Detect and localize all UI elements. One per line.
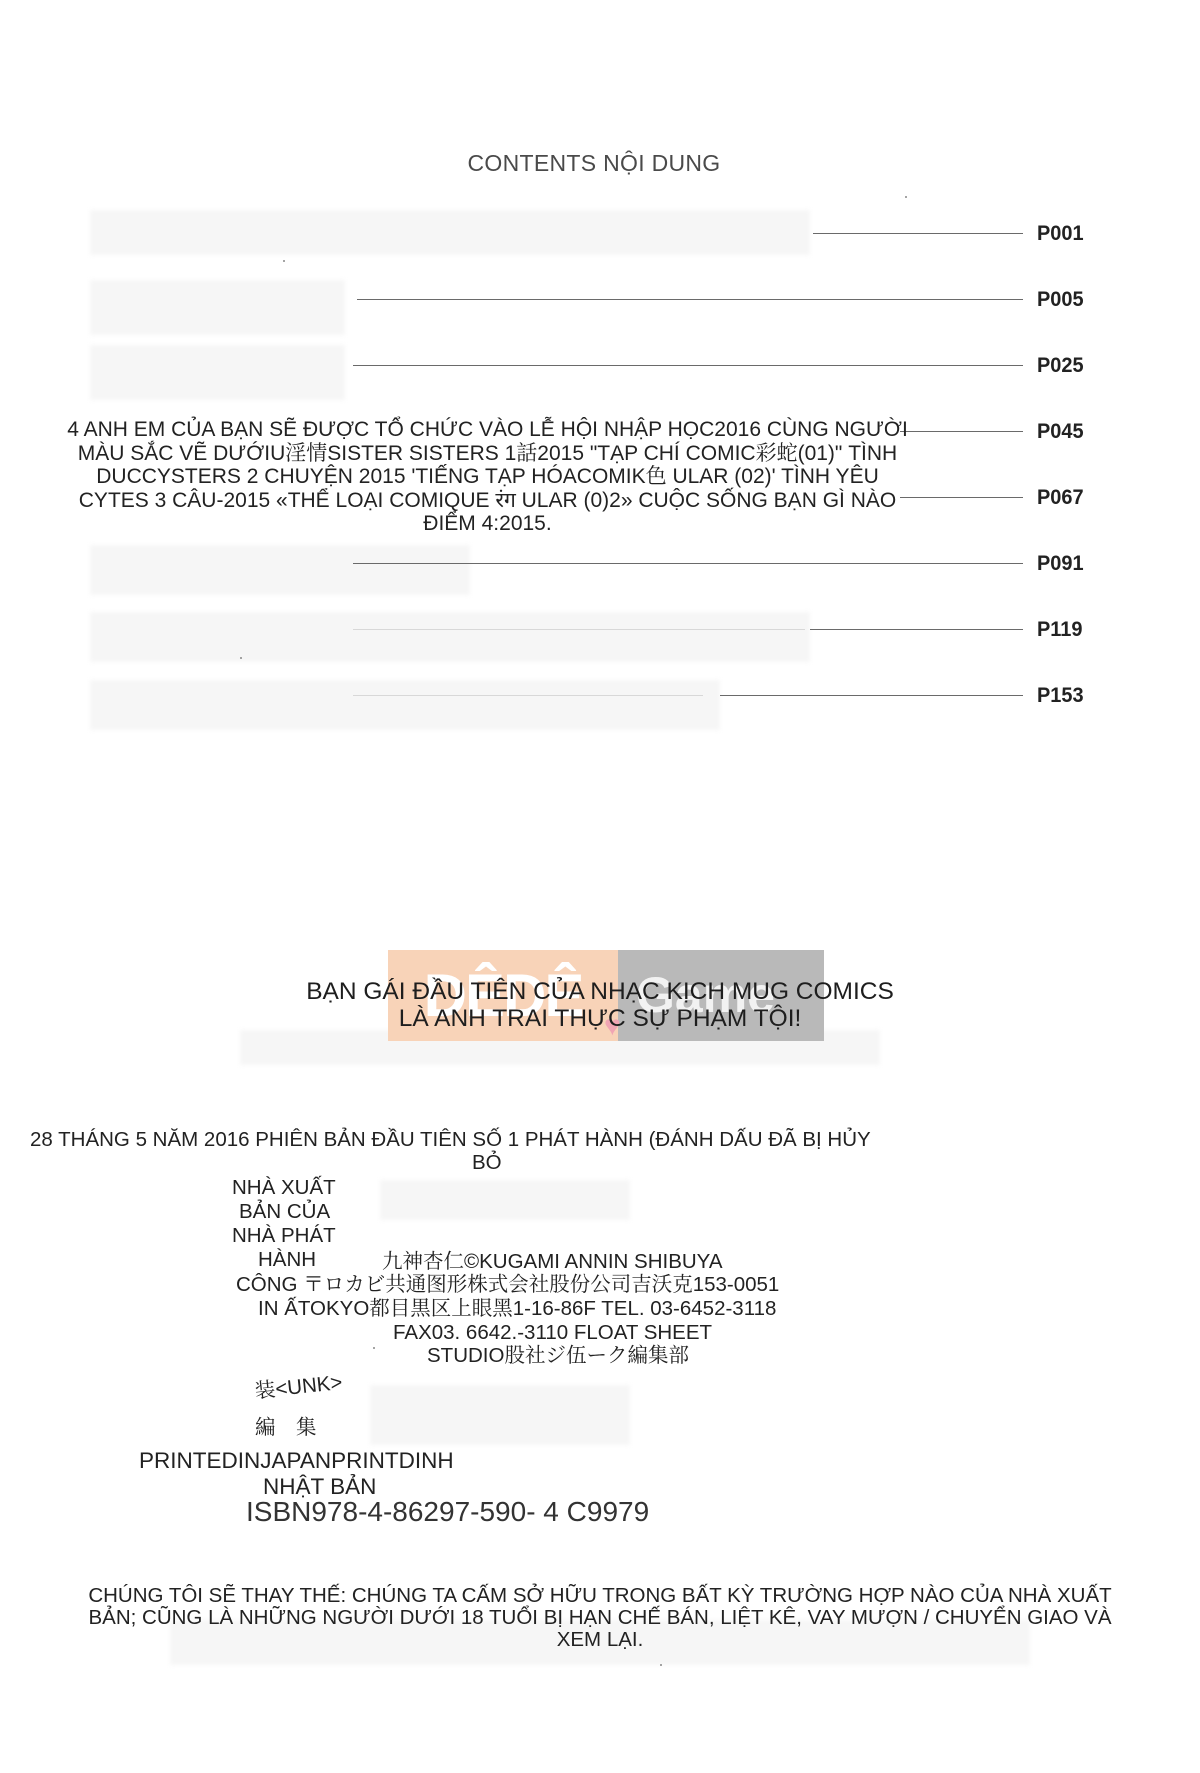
editing-label: 編 集 (255, 1416, 317, 1439)
publisher-label: NHÀ PHÁT (232, 1224, 336, 1247)
ghost-block (90, 210, 810, 255)
scan-speck (283, 260, 285, 262)
toc-page-number[interactable]: P067 (1037, 486, 1084, 510)
ghost-block (370, 1385, 630, 1445)
toc-text-line: 4 ANH EM CỦA BẠN SẼ ĐƯỢC TỔ CHỨC VÀO LỄ … (0, 418, 975, 442)
ghost-block (90, 680, 720, 730)
ghost-block (90, 345, 345, 400)
publisher-label: BẢN CỦA (239, 1200, 330, 1223)
edition-line: BỎ (472, 1151, 502, 1174)
publisher-label: HÀNH (258, 1248, 316, 1271)
notice-line: BẢN; CŨNG LÀ NHỮNG NGƯỜI DƯỚI 18 TUỔI BỊ… (10, 1607, 1190, 1629)
scan-speck (373, 1347, 375, 1349)
toc-text-line: DUCCYSTERS 2 CHUYỆN 2015 'TIẾNG TẠP HÓAC… (0, 465, 975, 489)
isbn: ISBN978-4-86297-590- 4 C9979 (246, 1500, 649, 1523)
toc-text-line: MÀU SẮC VẼ DƯỚIU淫情SISTER SISTERS 1話2015 … (0, 442, 975, 466)
scan-speck (660, 1664, 662, 1666)
legal-notice: CHÚNG TÔI SẼ THAY THẾ: CHÚNG TA CẤM SỞ H… (10, 1585, 1190, 1651)
studio-line: STUDIO股社ジ伍ーク編集部 (427, 1344, 689, 1367)
fax-line: FAX03. 6642.-3110 FLOAT SHEET (393, 1321, 712, 1344)
toc-leader-line (720, 695, 1023, 696)
toc-page-number[interactable]: P001 (1037, 222, 1084, 246)
toc-leader-line (810, 629, 1023, 630)
scan-speck (905, 196, 907, 198)
banner-line: LÀ ANH TRAI THỰC SỰ PHẠM TỘI! (0, 1005, 1200, 1032)
printed-in-japan-vi: NHẬT BẢN (263, 1475, 376, 1498)
ghost-block (90, 280, 345, 335)
toc-leader-line (353, 563, 1023, 564)
company-line: CÔNG 〒ロカビ共通图形株式会社股份公司吉沃克153-0051 (236, 1273, 779, 1296)
toc-leader-line (353, 365, 1023, 366)
binding-label: 装<UNK> (254, 1371, 344, 1403)
toc-translated-text: 4 ANH EM CỦA BẠN SẼ ĐƯỢC TỔ CHỨC VÀO LỄ … (0, 418, 975, 536)
toc-page-number[interactable]: P119 (1037, 618, 1082, 642)
ghost-block (90, 612, 810, 662)
toc-page-number[interactable]: P025 (1037, 354, 1084, 378)
scan-speck (240, 657, 242, 659)
publisher-label: NHÀ XUẤT (232, 1176, 336, 1199)
toc-page-number[interactable]: P153 (1037, 684, 1084, 708)
edition-line: 28 THÁNG 5 NĂM 2016 PHIÊN BẢN ĐẦU TIÊN S… (30, 1128, 871, 1151)
book-title-banner: BẠN GÁI ĐẦU TIÊN CỦA NHẠC KỊCH MUG COMIC… (0, 978, 1200, 1032)
contents-title: CONTENTS NỘI DUNG (0, 150, 1188, 177)
printed-in-japan: PRINTEDINJAPANPRINTDINH (139, 1449, 454, 1472)
toc-leader-line (813, 233, 1023, 234)
toc-text-line: ĐIỂM 4:2015. (0, 512, 975, 536)
notice-line: XEM LẠI. (10, 1629, 1190, 1651)
toc-text-line: CYTES 3 CÂU-2015 «THỂ LOẠI COMIQUE रंग U… (0, 489, 975, 513)
toc-page-number[interactable]: P045 (1037, 420, 1084, 444)
toc-leader-line-faint (353, 629, 805, 630)
notice-line: CHÚNG TÔI SẼ THAY THẾ: CHÚNG TA CẤM SỞ H… (10, 1585, 1190, 1607)
ghost-block (380, 1180, 630, 1220)
toc-page-number[interactable]: P005 (1037, 288, 1084, 312)
toc-leader-line-faint (353, 695, 703, 696)
ghost-block (90, 545, 470, 595)
toc-leader-line (357, 299, 1023, 300)
address-line: IN ẤTOKYO都目黒区上眼黑1-16-86F TEL. 03-6452-31… (258, 1297, 776, 1320)
author-line: 九神杏仁©KUGAMI ANNIN SHIBUYA (382, 1250, 723, 1273)
banner-line: BẠN GÁI ĐẦU TIÊN CỦA NHẠC KỊCH MUG COMIC… (0, 978, 1200, 1005)
toc-page-number[interactable]: P091 (1037, 552, 1084, 576)
